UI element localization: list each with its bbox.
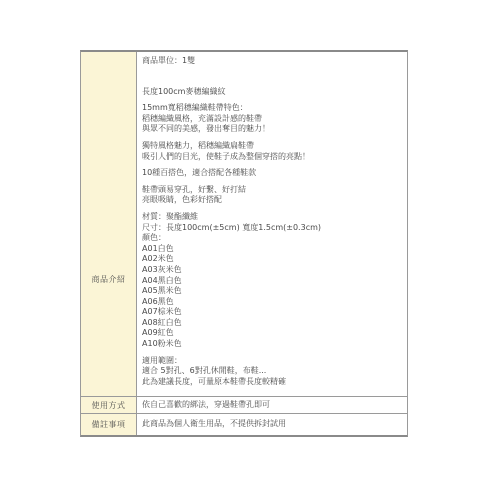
row-label-text: 備註事項 — [92, 419, 126, 430]
paragraph: 15mm寬稻穗編織鞋帶特色： 稻穗編織風格，充滿設計感的鞋帶 與眾不同的美感，發… — [142, 103, 401, 135]
row-label-usage: 使用方式 — [81, 397, 137, 413]
paragraph: 商品單位：1雙 — [142, 56, 401, 67]
table-row-usage: 使用方式 依自己喜歡的綁法，穿過鞋帶孔即可 — [81, 397, 407, 414]
row-label-text: 商品介紹 — [92, 274, 126, 285]
product-spec-table: 商品介紹 商品單位：1雙長度100cm麥穗編織紋15mm寬稻穗編織鞋帶特色： 稻… — [80, 50, 408, 437]
usage-content: 依自己喜歡的綁法，穿過鞋帶孔即可 — [137, 397, 407, 413]
notes-content: 此商品為個人衛生用品，不提供拆封試用 — [137, 414, 407, 435]
row-label-text: 使用方式 — [92, 400, 126, 411]
row-label-product-intro: 商品介紹 — [81, 52, 137, 396]
table-row-product-intro: 商品介紹 商品單位：1雙長度100cm麥穗編織紋15mm寬稻穗編織鞋帶特色： 稻… — [81, 52, 407, 397]
table-row-notes: 備註事項 此商品為個人衛生用品，不提供拆封試用 — [81, 414, 407, 435]
paragraph: 依自己喜歡的綁法，穿過鞋帶孔即可 — [142, 400, 270, 411]
product-intro-content: 商品單位：1雙長度100cm麥穗編織紋15mm寬稻穗編織鞋帶特色： 稻穗編織風格… — [137, 52, 407, 396]
paragraph: 獨特風格魅力，稻穗編織扁鞋帶 吸引人們的目光，使鞋子成為整個穿搭的亮點！ — [142, 141, 401, 162]
paragraph: 材質：聚酯纖維 尺寸：長度100cm(±5cm) 寬度1.5cm(±0.3cm)… — [142, 212, 401, 350]
page: 商品介紹 商品單位：1雙長度100cm麥穗編織紋15mm寬稻穗編織鞋帶特色： 稻… — [0, 0, 480, 480]
row-label-notes: 備註事項 — [81, 414, 137, 435]
paragraph: 長度100cm麥穗編織紋 — [142, 87, 401, 98]
paragraph: 適用範圍： 適合 5對孔、6對孔休閒鞋，布鞋... 此為建議長度，可量原本鞋帶長… — [142, 356, 401, 388]
paragraph: 鞋帶頭易穿孔，好繫、好打結 亮眼吸睛，色彩好搭配 — [142, 185, 401, 206]
paragraph: 此商品為個人衛生用品，不提供拆封試用 — [142, 419, 286, 430]
paragraph: 10種百搭色，適合搭配各種鞋款 — [142, 168, 401, 179]
